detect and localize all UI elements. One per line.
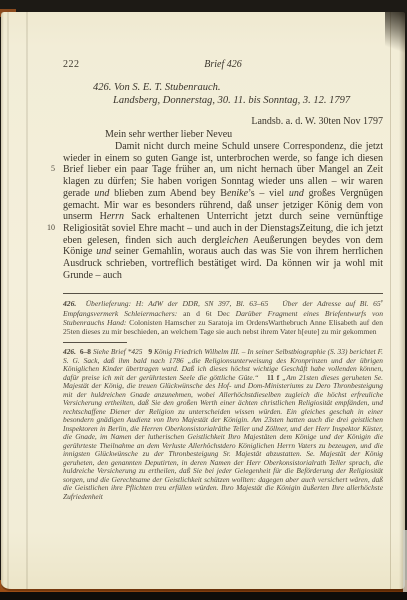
page-content: 222 Brief 426 426. Von S. E. T. Stubenra…	[1, 12, 405, 589]
margin-line-number-5: 5	[41, 164, 55, 173]
apparatus-divider-rule	[63, 293, 383, 294]
running-head: Brief 426	[63, 58, 383, 71]
salutation: Mein sehr werther lieber Neveu	[63, 129, 383, 141]
book-photo: 222 Brief 426 426. Von S. E. T. Stubenra…	[0, 0, 407, 600]
commentary-divider-rule	[63, 342, 127, 343]
letter-heading-date: Landsberg, Donnerstag, 30. 11. bis Sonnt…	[63, 95, 383, 108]
top-black-bar	[0, 0, 407, 12]
letter-heading-sender: 426. Von S. E. T. Stubenrauch.	[63, 82, 383, 95]
apparatus-block: 426. Überlieferung: H: AdW der DDR, SN 3…	[63, 299, 383, 336]
background-sliver	[403, 530, 407, 600]
book-page: 222 Brief 426 426. Von S. E. T. Stubenra…	[1, 12, 405, 589]
letter-heading: 426. Von S. E. T. Stubenrauch. Landsberg…	[63, 82, 383, 107]
commentary-block: 426. 6–8 Siehe Brief *425 9 König Friedr…	[63, 348, 383, 501]
dateline: Landsb. a. d. W. 30ten Nov 1797	[63, 116, 383, 128]
letter-body-wrap: 5 10 Damit nicht durch meine Schuld unse…	[63, 141, 383, 281]
bottom-black-bar	[0, 592, 407, 600]
letter-body-text: Damit nicht durch meine Schuld unsere Co…	[63, 141, 383, 281]
margin-line-number-10: 10	[41, 223, 55, 232]
page-header: 222 Brief 426	[63, 58, 383, 71]
